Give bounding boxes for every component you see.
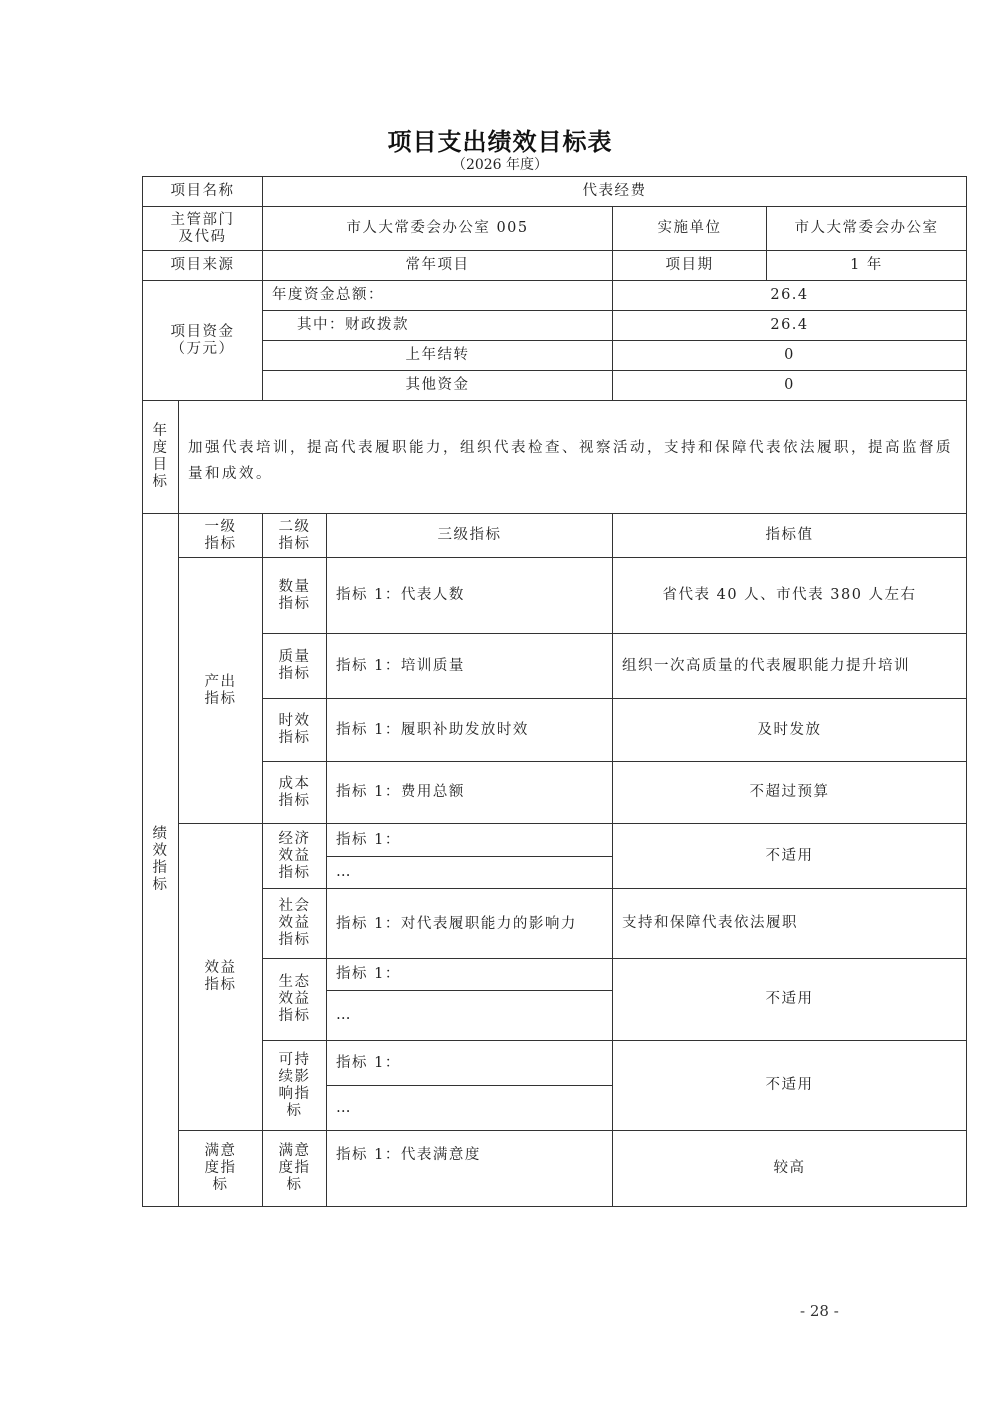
funds-other-label: 其他资金: [263, 371, 613, 401]
l1-line: 标: [183, 1177, 258, 1194]
header-level2-line: 二级: [267, 519, 322, 536]
output-quantity-l2: 数量 指标: [263, 558, 327, 634]
benefit-social-l2: 社会 效益 指标: [263, 889, 327, 959]
output-quality-value: 组织一次高质量的代表履职能力提升培训: [613, 634, 967, 699]
l2-line: 效益: [267, 991, 322, 1008]
source-value: 常年项目: [263, 251, 613, 281]
header-level2: 二级 指标: [263, 514, 327, 558]
benefit-sustainable-l2: 可持 续影 响指 标: [263, 1041, 327, 1131]
l2-line: 成本: [267, 776, 322, 793]
benefit-economic-row-1: 效益 指标 经济 效益 指标 指标 1： 不适用: [143, 824, 967, 857]
benefit-label-line: 指标: [183, 977, 258, 994]
document-title: 项目支出绩效目标表: [0, 122, 1000, 157]
l2-line: 时效: [267, 713, 322, 730]
header-level1-line: 一级: [183, 519, 258, 536]
project-name-value: 代表经费: [263, 177, 967, 207]
header-level3: 三级指标: [327, 514, 613, 558]
l2-line: 可持: [267, 1052, 322, 1069]
period-value: 1 年: [767, 251, 967, 281]
l2-line: 社会: [267, 898, 322, 915]
l2-line: 指标: [267, 793, 322, 810]
satisfaction-l2: 满意 度指 标: [263, 1131, 327, 1207]
benefit-sustainable-row-1: 可持 续影 响指 标 指标 1： 不适用: [143, 1041, 967, 1086]
output-label-line: 产出: [183, 674, 258, 691]
l2-line: 响指: [267, 1086, 322, 1103]
l2-line: 经济: [267, 831, 322, 848]
l2-line: 指标: [267, 1008, 322, 1025]
output-quality-l3: 指标 1：培训质量: [327, 634, 613, 699]
period-label: 项目期: [613, 251, 767, 281]
header-value: 指标值: [613, 514, 967, 558]
l2-line: 效益: [267, 915, 322, 932]
annual-goal-label-char: 年: [147, 423, 174, 440]
satisfaction-row: 满意 度指 标 满意 度指 标 指标 1：代表满意度 较高: [143, 1131, 967, 1207]
header-level1-line: 指标: [183, 536, 258, 553]
funds-carryover-value: 0: [613, 341, 967, 371]
funds-carryover-label: 上年结转: [263, 341, 613, 371]
annual-goal-text: 加强代表培训，提高代表履职能力，组织代表检查、视察活动，支持和保障代表依法履职，…: [179, 401, 967, 514]
l2-line: 生态: [267, 974, 322, 991]
output-label-line: 指标: [183, 691, 258, 708]
funds-label-line2: （万元）: [147, 341, 258, 358]
benefit-ecological-l2: 生态 效益 指标: [263, 959, 327, 1041]
dept-label: 主管部门 及代码: [143, 207, 263, 251]
document-subtitle: （2026 年度）: [0, 154, 1000, 174]
l2-line: 指标: [267, 932, 322, 949]
l2-line: 指标: [267, 865, 322, 882]
satisfaction-value: 较高: [613, 1131, 967, 1207]
annual-goal-row: 年 度 目 标 加强代表培训，提高代表履职能力，组织代表检查、视察活动，支持和保…: [143, 401, 967, 514]
l2-line: 数量: [267, 579, 322, 596]
output-timeliness-row: 时效 指标 指标 1：履职补助发放时效 及时发放: [143, 699, 967, 762]
output-quantity-value: 省代表 40 人、市代表 380 人左右: [613, 558, 967, 634]
funds-label-line1: 项目资金: [147, 324, 258, 341]
l2-line: 效益: [267, 848, 322, 865]
l2-line: 满意: [267, 1143, 322, 1160]
funds-row-total: 项目资金 （万元） 年度资金总额： 26.4: [143, 281, 967, 311]
satisfaction-l3: 指标 1：代表满意度: [327, 1131, 613, 1207]
project-name-row: 项目名称 代表经费: [143, 177, 967, 207]
benefit-economic-l3-2: …: [327, 857, 613, 889]
performance-indicator-label-char: 效: [147, 843, 174, 860]
l2-line: 标: [267, 1103, 322, 1120]
dept-label-line1: 主管部门: [147, 212, 258, 229]
output-quantity-l3: 指标 1：代表人数: [327, 558, 613, 634]
l2-line: 指标: [267, 666, 322, 683]
benefit-sustainable-value: 不适用: [613, 1041, 967, 1131]
dept-label-line2: 及代码: [147, 229, 258, 246]
l2-line: 标: [267, 1177, 322, 1194]
funds-row-carryover: 上年结转 0: [143, 341, 967, 371]
annual-goal-label-char: 标: [147, 474, 174, 491]
benefit-economic-l2: 经济 效益 指标: [263, 824, 327, 889]
l2-line: 指标: [267, 596, 322, 613]
funds-row-fiscal: 其中：财政拨款 26.4: [143, 311, 967, 341]
dept-value: 市人大常委会办公室 005: [263, 207, 613, 251]
annual-goal-label: 年 度 目 标: [143, 401, 179, 514]
output-cost-l3: 指标 1：费用总额: [327, 762, 613, 824]
l2-line: 续影: [267, 1069, 322, 1086]
header-level2-line: 指标: [267, 536, 322, 553]
output-quality-l2: 质量 指标: [263, 634, 327, 699]
output-indicator-label: 产出 指标: [179, 558, 263, 824]
output-timeliness-value: 及时发放: [613, 699, 967, 762]
dept-row: 主管部门 及代码 市人大常委会办公室 005 实施单位 市人大常委会办公室: [143, 207, 967, 251]
performance-target-table: 项目名称 代表经费 主管部门 及代码 市人大常委会办公室 005 实施单位 市人…: [142, 176, 967, 1207]
indicator-header-row: 绩 效 指 标 一级 指标 二级 指标 三级指标 指标值: [143, 514, 967, 558]
benefit-social-l3: 指标 1：对代表履职能力的影响力: [327, 889, 613, 959]
output-cost-value: 不超过预算: [613, 762, 967, 824]
l2-line: 质量: [267, 649, 322, 666]
source-label: 项目来源: [143, 251, 263, 281]
annual-goal-label-char: 目: [147, 457, 174, 474]
benefit-social-row: 社会 效益 指标 指标 1：对代表履职能力的影响力 支持和保障代表依法履职: [143, 889, 967, 959]
annual-goal-label-char: 度: [147, 440, 174, 457]
l1-line: 满意: [183, 1143, 258, 1160]
funds-total-label: 年度资金总额：: [263, 281, 613, 311]
benefit-ecological-value: 不适用: [613, 959, 967, 1041]
funds-other-value: 0: [613, 371, 967, 401]
benefit-label-line: 效益: [183, 960, 258, 977]
benefit-sustainable-l3-1: 指标 1：: [327, 1041, 613, 1086]
benefit-ecological-l3-1: 指标 1：: [327, 959, 613, 991]
source-row: 项目来源 常年项目 项目期 1 年: [143, 251, 967, 281]
impl-unit-value: 市人大常委会办公室: [767, 207, 967, 251]
satisfaction-l1: 满意 度指 标: [179, 1131, 263, 1207]
output-timeliness-l3: 指标 1：履职补助发放时效: [327, 699, 613, 762]
project-name-label: 项目名称: [143, 177, 263, 207]
benefit-sustainable-l3-2: …: [327, 1086, 613, 1131]
funds-label: 项目资金 （万元）: [143, 281, 263, 401]
header-level1: 一级 指标: [179, 514, 263, 558]
output-cost-row: 成本 指标 指标 1：费用总额 不超过预算: [143, 762, 967, 824]
page-number: - 28 -: [800, 1302, 839, 1320]
performance-indicator-label-char: 指: [147, 860, 174, 877]
benefit-indicator-label: 效益 指标: [179, 824, 263, 1131]
impl-unit-label: 实施单位: [613, 207, 767, 251]
funds-row-other: 其他资金 0: [143, 371, 967, 401]
performance-indicator-label-char: 绩: [147, 826, 174, 843]
performance-indicator-label: 绩 效 指 标: [143, 514, 179, 1207]
output-quantity-row: 产出 指标 数量 指标 指标 1：代表人数 省代表 40 人、市代表 380 人…: [143, 558, 967, 634]
benefit-economic-value: 不适用: [613, 824, 967, 889]
funds-fiscal-label: 其中：财政拨款: [263, 311, 613, 341]
benefit-ecological-l3-2: …: [327, 991, 613, 1041]
output-cost-l2: 成本 指标: [263, 762, 327, 824]
benefit-ecological-row-1: 生态 效益 指标 指标 1： 不适用: [143, 959, 967, 991]
performance-indicator-label-char: 标: [147, 877, 174, 894]
l2-line: 指标: [267, 730, 322, 747]
funds-fiscal-value: 26.4: [613, 311, 967, 341]
benefit-social-value: 支持和保障代表依法履职: [613, 889, 967, 959]
output-timeliness-l2: 时效 指标: [263, 699, 327, 762]
l1-line: 度指: [183, 1160, 258, 1177]
l2-line: 度指: [267, 1160, 322, 1177]
output-quality-row: 质量 指标 指标 1：培训质量 组织一次高质量的代表履职能力提升培训: [143, 634, 967, 699]
benefit-economic-l3-1: 指标 1：: [327, 824, 613, 857]
funds-total-value: 26.4: [613, 281, 967, 311]
